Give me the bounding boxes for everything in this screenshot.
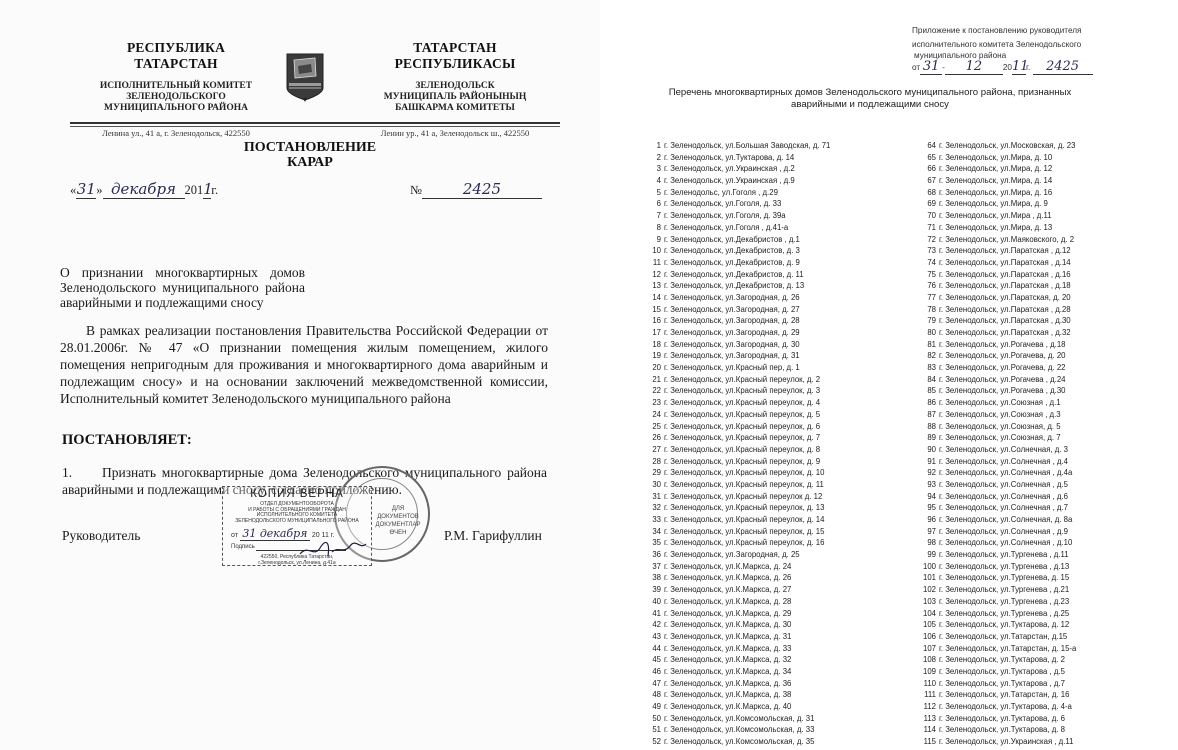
list-item: 108г. Зеленодольск, ул.Туктарова, д. 2 xyxy=(920,654,1170,666)
list-item: 71г. Зеленодольск, ул.Мира, д. 13 xyxy=(920,222,1170,234)
list-item: 47г. Зеленодольск, ул.К.Маркса, д. 36 xyxy=(645,678,895,690)
item-address: г. Зеленодольск, ул.Союзная , д.3 xyxy=(939,410,1061,419)
list-item: 14г. Зеленодольск, ул.Загородная, д. 26 xyxy=(645,292,895,304)
item-number: 102 xyxy=(920,584,939,596)
item-number: 34 xyxy=(645,526,664,538)
org-name-tt: ЗЕЛЕНОДОЛЬСК МУНИЦИПАЛЬ РАЙОНЫНЫҢ БАШКАР… xyxy=(360,81,550,114)
list-item: 35г. Зеленодольск, ул.Красный переулок, … xyxy=(645,537,895,549)
list-item: 44г. Зеленодольск, ул.К.Маркса, д. 33 xyxy=(645,643,895,655)
item-address: г. Зеленодольск, ул.Мира, д. 13 xyxy=(939,223,1052,232)
item-number: 76 xyxy=(920,280,939,292)
item-address: г. Зеленодольск, ул.Рогачева , д.18 xyxy=(939,340,1066,349)
item-number: 72 xyxy=(920,234,939,246)
item-address: г. Зеленодольск, ул.Декабристов, д. 3 xyxy=(664,246,800,255)
item-address: г. Зеленодольск, ул.Красный переулок, д.… xyxy=(664,515,824,524)
list-item: 31г. Зеленодольск, ул.Красный переулок д… xyxy=(645,491,895,503)
item-number: 109 xyxy=(920,666,939,678)
item-address: г. Зеленодольск, ул.Красный пер, д. 1 xyxy=(664,363,800,372)
item-number: 8 xyxy=(645,222,664,234)
item-address: г. Зеленодольск, ул.К.Маркса, д. 36 xyxy=(664,679,791,688)
item-number: 85 xyxy=(920,385,939,397)
item-address: г. Зеленодольск, ул.Загородная, д. 31 xyxy=(664,351,800,360)
list-item: 46г. Зеленодольск, ул.К.Маркса, д. 34 xyxy=(645,666,895,678)
item-number: 50 xyxy=(645,713,664,725)
item-address: г. Зеленодольск, ул.Загородная, д. 30 xyxy=(664,340,800,349)
item-address: г. Зеленодольск, ул.Тургенева, д. 15 xyxy=(939,573,1069,582)
list-item: 93г. Зеленодольск, ул.Солнечная , д.5 xyxy=(920,479,1170,491)
item-address: г. Зеленодольск, ул.К.Маркса, д. 28 xyxy=(664,597,791,606)
item-number: 25 xyxy=(645,421,664,433)
appendix-page: Приложение к постановлению руководителя … xyxy=(600,0,1178,750)
item-address: г. Зеленодольск, ул.Красный переулок, д.… xyxy=(664,398,820,407)
list-item: 102г. Зеленодольск, ул.Тургенева , д.21 xyxy=(920,584,1170,596)
item-address: г. Зеленодольск, ул.Красный переулок, д.… xyxy=(664,538,824,547)
document-type: ПОСТАНОВЛЕНИЕ КАРАР xyxy=(230,140,390,170)
list-item: 33г. Зеленодольск, ул.Красный переулок, … xyxy=(645,514,895,526)
item-number: 3 xyxy=(645,163,664,175)
item-number: 22 xyxy=(645,385,664,397)
item-number: 31 xyxy=(645,491,664,503)
item-address: г. Зеленодольск, ул.Загородная, д. 29 xyxy=(664,328,800,337)
item-number: 67 xyxy=(920,175,939,187)
item-number: 81 xyxy=(920,339,939,351)
item-number: 75 xyxy=(920,269,939,281)
item-address: г. Зеленодольск, ул.Красный переулок, д.… xyxy=(664,527,824,536)
item-number: 27 xyxy=(645,444,664,456)
item-address: г. Зеленодольск, ул.Туктарова, д. 2 xyxy=(939,655,1065,664)
item-address: г. Зеленодольск, ул.Солнечная, д. 8а xyxy=(939,515,1072,524)
list-item: 107г. Зеленодольск, ул.Татарстан, д. 15-… xyxy=(920,643,1170,655)
appendix-number: 2425 xyxy=(1033,59,1093,75)
item-address: г. Зеленодольск, ул.Туктарова, д. 8 xyxy=(939,725,1065,734)
item-number: 45 xyxy=(645,654,664,666)
list-item: 2г. Зеленодольск, ул.Туктарова, д. 14 xyxy=(645,152,895,164)
item-address: г. Зеленодольск, ул.Красный переулок, д.… xyxy=(664,468,824,477)
item-address: г. Зеленодольск, ул.Украинская , д.2 xyxy=(664,164,795,173)
item-number: 74 xyxy=(920,257,939,269)
item-address: г. Зеленодольск, ул.Паратская , д.18 xyxy=(939,281,1071,290)
list-item: 10г. Зеленодольск, ул.Декабристов, д. 3 xyxy=(645,245,895,257)
list-item: 18г. Зеленодольск, ул.Загородная, д. 30 xyxy=(645,339,895,351)
item-address: г. Зеленодольск, ул.Паратская , д.30 xyxy=(939,316,1071,325)
list-item: 1г. Зеленодольск, ул.Большая Заводская, … xyxy=(645,140,895,152)
item-number: 100 xyxy=(920,561,939,573)
item-number: 87 xyxy=(920,409,939,421)
item-address: г. Зеленодольск, ул.Гоголя , д.41-а xyxy=(664,223,788,232)
item-number: 88 xyxy=(920,421,939,433)
item-number: 111 xyxy=(920,689,939,701)
item-number: 104 xyxy=(920,608,939,620)
decree-number: №2425 xyxy=(410,180,542,199)
item-number: 77 xyxy=(920,292,939,304)
item-address: г. Зеленодольск, ул.Тургенева , д.11 xyxy=(939,550,1069,559)
item-address: г. Зеленодольск, ул.Мира, д. 14 xyxy=(939,176,1052,185)
item-address: г. Зеленодольск, ул.Красный переулок, д.… xyxy=(664,375,820,384)
list-item: 43г. Зеленодольск, ул.К.Маркса, д. 31 xyxy=(645,631,895,643)
list-item: 40г. Зеленодольск, ул.К.Маркса, д. 28 xyxy=(645,596,895,608)
item-number: 101 xyxy=(920,572,939,584)
list-item: 101г. Зеленодольск, ул.Тургенева, д. 15 xyxy=(920,572,1170,584)
item-address: г. Зеленодольск, ул.К.Маркса, д. 31 xyxy=(664,632,791,641)
item-number: 94 xyxy=(920,491,939,503)
list-item: 50г. Зеленодольск, ул.Комсомольская, д. … xyxy=(645,713,895,725)
item-number: 46 xyxy=(645,666,664,678)
item-number: 83 xyxy=(920,362,939,374)
item-address: г. Зеленодольск, ул.Союзная , д.1 xyxy=(939,398,1061,407)
list-item: 26г. Зеленодольск, ул.Красный переулок, … xyxy=(645,432,895,444)
list-item: 87г. Зеленодольск, ул.Союзная , д.3 xyxy=(920,409,1170,421)
list-item: 77г. Зеленодольск, ул.Паратская, д. 20 xyxy=(920,292,1170,304)
list-item: 4г. Зеленодольск, ул.Украинская , д.9 xyxy=(645,175,895,187)
item-address: г. Зеленодольск, ул.К.Маркса, д. 40 xyxy=(664,702,791,711)
item-address: г. Зеленодольск, ул.К.Маркса, д. 30 xyxy=(664,620,791,629)
preamble-paragraph: В рамках реализации постановления Правит… xyxy=(60,322,548,407)
item-number: 44 xyxy=(645,643,664,655)
list-item: 3г. Зеленодольск, ул.Украинская , д.2 xyxy=(645,163,895,175)
item-address: г. Зеленодольск, ул.Красный переулок, д.… xyxy=(664,410,820,419)
item-number: 39 xyxy=(645,584,664,596)
item-number: 36 xyxy=(645,549,664,561)
list-title: Перечень многоквартирных домов Зеленодол… xyxy=(660,87,1080,111)
item-number: 86 xyxy=(920,397,939,409)
item-address: г. Зеленодольск, ул.Мира , д.11 xyxy=(939,211,1052,220)
item-number: 82 xyxy=(920,350,939,362)
list-item: 6г. Зеленодольск, ул.Гоголя, д. 33 xyxy=(645,198,895,210)
item-address: г. Зеленодольск, ул.Паратская , д.32 xyxy=(939,328,1071,337)
item-address: г. Зеленодольск, ул.Красный переулок, д.… xyxy=(664,503,824,512)
item-number: 48 xyxy=(645,689,664,701)
item-number: 12 xyxy=(645,269,664,281)
list-item: 32г. Зеленодольск, ул.Красный переулок, … xyxy=(645,502,895,514)
item-address: г. Зеленодольск, ул.Туктарова , д.5 xyxy=(939,667,1065,676)
list-item: 70г. Зеленодольск, ул.Мира , д.11 xyxy=(920,210,1170,222)
list-item: 13г. Зеленодольск, ул.Декабристов, д. 13 xyxy=(645,280,895,292)
item-number: 105 xyxy=(920,619,939,631)
list-item: 64г. Зеленодольск, ул.Московская, д. 23 xyxy=(920,140,1170,152)
item-number: 68 xyxy=(920,187,939,199)
list-item: 84г. Зеленодольск, ул.Рогачева , д.24 xyxy=(920,374,1170,386)
item-address: г. Зеленодольск, ул.Красный переулок, д.… xyxy=(664,480,824,489)
item-number: 98 xyxy=(920,537,939,549)
item-number: 21 xyxy=(645,374,664,386)
item-address: г. Зеленодольск, ул.Рогачева , д.24 xyxy=(939,375,1066,384)
item-number: 5 xyxy=(645,187,664,199)
list-item: 8г. Зеленодольск, ул.Гоголя , д.41-а xyxy=(645,222,895,234)
item-number: 16 xyxy=(645,315,664,327)
list-item: 68г. Зеленодольск, ул.Мира, д. 16 xyxy=(920,187,1170,199)
item-number: 23 xyxy=(645,397,664,409)
item-number: 71 xyxy=(920,222,939,234)
item-number: 103 xyxy=(920,596,939,608)
item-address: г. Зеленодольск, ул.Туктарова, д. 14 xyxy=(664,153,794,162)
decree-subject: О признании многоквартирных домов Зелено… xyxy=(60,265,305,310)
list-item: 16г. Зеленодольск, ул.Загородная, д. 28 xyxy=(645,315,895,327)
item-number: 84 xyxy=(920,374,939,386)
list-item: 9г. Зеленодольск, ул.Декабристов , д.1 xyxy=(645,234,895,246)
list-item: 95г. Зеленодольск, ул.Солнечная , д.7 xyxy=(920,502,1170,514)
list-item: 103г. Зеленодольск, ул.Тургенева , д.23 xyxy=(920,596,1170,608)
list-item: 38г. Зеленодольск, ул.К.Маркса, д. 26 xyxy=(645,572,895,584)
signer-name: Р.М. Гарифуллин xyxy=(444,528,542,544)
item-number: 14 xyxy=(645,292,664,304)
list-item: 41г. Зеленодольск, ул.К.Маркса, д. 29 xyxy=(645,608,895,620)
decree-date: «31»декабря2011г. xyxy=(70,180,218,199)
list-item: 45г. Зеленодольск, ул.К.Маркса, д. 32 xyxy=(645,654,895,666)
list-item: 21г. Зеленодольск, ул.Красный переулок, … xyxy=(645,374,895,386)
item-number: 37 xyxy=(645,561,664,573)
list-item: 86г. Зеленодольск, ул.Союзная , д.1 xyxy=(920,397,1170,409)
item-number: 6 xyxy=(645,198,664,210)
item-number: 66 xyxy=(920,163,939,175)
list-item: 20г. Зеленодольск, ул.Красный пер, д. 1 xyxy=(645,362,895,374)
item-address: г. Зеленодольск, ул.Союзная, д. 7 xyxy=(939,433,1061,442)
item-number: 7 xyxy=(645,210,664,222)
address-tt: Ленин ур., 41 а, Зеленодольск ш., 422550 xyxy=(360,128,550,138)
list-item: 76г. Зеленодольск, ул.Паратская , д.18 xyxy=(920,280,1170,292)
decree-number-value: 2425 xyxy=(422,180,542,199)
list-item: 80г. Зеленодольск, ул.Паратская , д.32 xyxy=(920,327,1170,339)
coat-of-arms-icon xyxy=(285,52,325,102)
item-address: г. Зеленодольск, ул.Солнечная , д.6 xyxy=(939,492,1068,501)
item-address: г. Зеленодольск, ул.Загородная, д. 25 xyxy=(664,550,800,559)
item-number: 43 xyxy=(645,631,664,643)
item-address: г. Зеленодольск, ул.Паратская , д.14 xyxy=(939,258,1071,267)
list-item: 82г. Зеленодольск, ул.Рогачева, д. 20 xyxy=(920,350,1170,362)
item-address: г. Зеленодольск, ул.Солнечная , д.7 xyxy=(939,503,1068,512)
item-number: 35 xyxy=(645,537,664,549)
item-address: г. Зеленодольск, ул.Рогачева , д.30 xyxy=(939,386,1066,395)
list-item: 15г. Зеленодольск, ул.Загородная, д. 27 xyxy=(645,304,895,316)
list-item: 19г. Зеленодольск, ул.Загородная, д. 31 xyxy=(645,350,895,362)
list-item: 110г. Зеленодольск, ул.Туктарова , д.7 xyxy=(920,678,1170,690)
item-address: г. Зеленодольск, ул.Туктарова, д. 12 xyxy=(939,620,1069,629)
list-item: 112г. Зеленодольск, ул.Туктарова, д. 4-а xyxy=(920,701,1170,713)
item-number: 47 xyxy=(645,678,664,690)
item-number: 42 xyxy=(645,619,664,631)
list-item: 114г. Зеленодольск, ул.Туктарова, д. 8 xyxy=(920,724,1170,736)
item-address: г. Зеленодольск, ул.Гоголя, д. 33 xyxy=(664,199,781,208)
list-item: 30г. Зеленодольск, ул.Красный переулок, … xyxy=(645,479,895,491)
item-number: 107 xyxy=(920,643,939,655)
item-number: 90 xyxy=(920,444,939,456)
item-number: 108 xyxy=(920,654,939,666)
date-day: 31 xyxy=(76,180,96,199)
list-item: 11г. Зеленодольск, ул.Декабристов, д. 9 xyxy=(645,257,895,269)
item-address: г. Зеленодольск, ул.Декабристов , д.1 xyxy=(664,235,800,244)
list-item: 28г. Зеленодольск, ул.Красный переулок, … xyxy=(645,456,895,468)
org-name-ru: ИСПОЛНИТЕЛЬНЫЙ КОМИТЕТ ЗЕЛЕНОДОЛЬСКОГО М… xyxy=(86,81,266,114)
list-item: 115г. Зеленодольск, ул.Украинская , д.11 xyxy=(920,736,1170,748)
appendix-note: Приложение к постановлению руководителя … xyxy=(912,24,1102,61)
item-address: г. Зеленодольск, ул.Декабристов, д. 9 xyxy=(664,258,800,267)
item-number: 52 xyxy=(645,736,664,748)
address-ru: Ленина ул., 41 а, г. Зеленодольск, 42255… xyxy=(86,128,266,138)
header-divider-thin xyxy=(70,126,560,127)
list-item: 17г. Зеленодольск, ул.Загородная, д. 29 xyxy=(645,327,895,339)
item-number: 32 xyxy=(645,502,664,514)
item-number: 19 xyxy=(645,350,664,362)
item-address: г. Зеленодольск, ул.Паратская , д.16 xyxy=(939,270,1071,279)
item-address: г. Зеленодольск, ул.Татарстан, д. 15-а xyxy=(939,644,1076,653)
list-item: 49г. Зеленодольск, ул.К.Маркса, д. 40 xyxy=(645,701,895,713)
item-number: 112 xyxy=(920,701,939,713)
item-number: 110 xyxy=(920,678,939,690)
list-item: 23г. Зеленодольск, ул.Красный переулок, … xyxy=(645,397,895,409)
item-number: 15 xyxy=(645,304,664,316)
item-number: 9 xyxy=(645,234,664,246)
item-address: г. Зеленодольск, ул.Комсомольская, д. 35 xyxy=(664,737,814,746)
item-address: г. Зеленодольск, ул.Татарстан, д.15 xyxy=(939,632,1067,641)
date-month: декабря xyxy=(103,180,185,199)
list-item: 75г. Зеленодольск, ул.Паратская , д.16 xyxy=(920,269,1170,281)
list-item: 81г. Зеленодольск, ул.Рогачева , д.18 xyxy=(920,339,1170,351)
item-number: 33 xyxy=(645,514,664,526)
item-number: 99 xyxy=(920,549,939,561)
list-item: 85г. Зеленодольск, ул.Рогачева , д.30 xyxy=(920,385,1170,397)
item-number: 41 xyxy=(645,608,664,620)
republic-title-ru: РЕСПУБЛИКА ТАТАРСТАН xyxy=(86,40,266,72)
list-item: 104г. Зеленодольск, ул.Тургенева , д.25 xyxy=(920,608,1170,620)
list-item: 97г. Зеленодольск, ул.Солнечная , д.9 xyxy=(920,526,1170,538)
list-item: 73г. Зеленодольск, ул.Паратская , д.12 xyxy=(920,245,1170,257)
item-address: г. Зеленодольск, ул.Красный переулок, д.… xyxy=(664,445,820,454)
item-address: г. Зеленодольск, ул.Туктарова , д.7 xyxy=(939,679,1065,688)
item-number: 51 xyxy=(645,724,664,736)
seal-text: ДЛЯ ДОКУМЕНТОВ ДОКУМЕНТЛАР ӨЧЕН xyxy=(373,505,423,537)
item-number: 64 xyxy=(920,140,939,152)
item-address: г. Зеленодольск, ул.Декабристов, д. 13 xyxy=(664,281,804,290)
item-address: г. Зеленодольск, ул.Большая Заводская, д… xyxy=(664,141,830,150)
item-number: 49 xyxy=(645,701,664,713)
item-address: г. Зеленодольск, ул.Туктарова, д. 6 xyxy=(939,714,1065,723)
item-address: г. Зеленодольск, ул.К.Маркса, д. 26 xyxy=(664,573,791,582)
item-address: г. Зеленодольск, ул.Красный переулок, д.… xyxy=(664,457,820,466)
header-divider xyxy=(70,122,560,124)
list-item: 67г. Зеленодольск, ул.Мира, д. 14 xyxy=(920,175,1170,187)
item-number: 78 xyxy=(920,304,939,316)
item-address: г. Зеленодольск, ул.К.Маркса, д. 32 xyxy=(664,655,791,664)
list-item: 89г. Зеленодольск, ул.Союзная, д. 7 xyxy=(920,432,1170,444)
item-number: 106 xyxy=(920,631,939,643)
item-number: 40 xyxy=(645,596,664,608)
list-item: 52г. Зеленодольск, ул.Комсомольская, д. … xyxy=(645,736,895,748)
item-address: г. Зеленодольск, ул.Татарстан, д. 16 xyxy=(939,690,1069,699)
item-address: г. Зеленодольск, ул.Солнечная , д.5 xyxy=(939,480,1068,489)
item-number: 11 xyxy=(645,257,664,269)
item-number: 20 xyxy=(645,362,664,374)
list-item: 36г. Зеленодольск, ул.Загородная, д. 25 xyxy=(645,549,895,561)
item-number: 1 xyxy=(645,140,664,152)
list-item: 39г. Зеленодольск, ул.К.Маркса, д. 27 xyxy=(645,584,895,596)
list-item: 12г. Зеленодольск, ул.Декабристов, д. 11 xyxy=(645,269,895,281)
item-address: г. Зеленодольск, ул.Паратская , д.28 xyxy=(939,305,1071,314)
item-address: г. Зеленодольск, ул.Тургенева , д.13 xyxy=(939,562,1069,571)
list-item: 83г. Зеленодольск, ул.Рогачева, д. 22 xyxy=(920,362,1170,374)
item-address: г. Зеленодольск, ул.Солнечная , д.10 xyxy=(939,538,1072,547)
item-address: г. Зеленодольск, ул.Красный переулок, д.… xyxy=(664,386,820,395)
list-item: 34г. Зеленодольск, ул.Красный переулок, … xyxy=(645,526,895,538)
item-address: г. Зеленодольск, ул.К.Маркса, д. 29 xyxy=(664,609,791,618)
list-item: 90г. Зеленодольск, ул.Солнечная, д. 3 xyxy=(920,444,1170,456)
list-item: 29г. Зеленодольск, ул.Красный переулок, … xyxy=(645,467,895,479)
item-address: г. Зеленодольск, ул.Комсомольская, д. 31 xyxy=(664,714,814,723)
list-item: 100г. Зеленодольск, ул.Тургенева , д.13 xyxy=(920,561,1170,573)
list-item: 94г. Зеленодольск, ул.Солнечная , д.6 xyxy=(920,491,1170,503)
signature-icon xyxy=(298,540,368,560)
item-address: г. Зеленодольск, ул.Московская, д. 23 xyxy=(939,141,1075,150)
list-item: 88г. Зеленодольск, ул.Союзная, д. 5 xyxy=(920,421,1170,433)
item-address: г. Зеленодольск, ул.Красный переулок, д.… xyxy=(664,433,820,442)
decrees-heading: ПОСТАНОВЛЯЕТ: xyxy=(62,432,192,449)
item-number: 65 xyxy=(920,152,939,164)
item-number: 28 xyxy=(645,456,664,468)
list-item: 78г. Зеленодольск, ул.Паратская , д.28 xyxy=(920,304,1170,316)
list-item: 48г. Зеленодольск, ул.К.Маркса, д. 38 xyxy=(645,689,895,701)
item-address: г. Зеленодольск, ул.Декабристов, д. 11 xyxy=(664,270,804,279)
list-item: 69г. Зеленодольск, ул.Мира, д. 9 xyxy=(920,198,1170,210)
list-item: 91г. Зеленодольск, ул.Солнечная , д.4 xyxy=(920,456,1170,468)
item-number: 95 xyxy=(920,502,939,514)
item-address: г. Зеленодольск, ул.Комсомольская, д. 33 xyxy=(664,725,814,734)
item-address: г. Зеленодольск, ул.Рогачева, д. 20 xyxy=(939,351,1066,360)
item-number: 114 xyxy=(920,724,939,736)
list-item: 24г. Зеленодольск, ул.Красный переулок, … xyxy=(645,409,895,421)
list-item: 51г. Зеленодольск, ул.Комсомольская, д. … xyxy=(645,724,895,736)
item-number: 73 xyxy=(920,245,939,257)
list-item: 113г. Зеленодольск, ул.Туктарова, д. 6 xyxy=(920,713,1170,725)
item-number: 79 xyxy=(920,315,939,327)
item-number: 92 xyxy=(920,467,939,479)
item-address: г. Зеленодольск, ул.Солнечная , д.9 xyxy=(939,527,1068,536)
appendix-date: от31-122011г. 2425 xyxy=(912,59,1093,75)
item-address: г. Зеленодольск, ул.Туктарова, д. 4-а xyxy=(939,702,1072,711)
item-address: г. Зеленодольск, ул.Солнечная, д. 3 xyxy=(939,445,1068,454)
item-address: г. Зеленодольск, ул.К.Маркса, д. 38 xyxy=(664,690,791,699)
item-number: 69 xyxy=(920,198,939,210)
address-list-right: 64г. Зеленодольск, ул.Московская, д. 236… xyxy=(920,140,1170,748)
list-item: 66г. Зеленодольск, ул.Мира, д. 12 xyxy=(920,163,1170,175)
item-address: г. Зеленодольск, ул.Маяковского, д. 2 xyxy=(939,235,1074,244)
list-item: 98г. Зеленодольск, ул.Солнечная , д.10 xyxy=(920,537,1170,549)
item-address: г. Зеленодольск, ул.Тургенева , д.25 xyxy=(939,609,1069,618)
item-number: 91 xyxy=(920,456,939,468)
item-number: 89 xyxy=(920,432,939,444)
item-number: 97 xyxy=(920,526,939,538)
item-address: г. Зеленодольск, ул.Тургенева , д.21 xyxy=(939,585,1069,594)
item-number: 70 xyxy=(920,210,939,222)
list-item: 25г. Зеленодольск, ул.Красный переулок, … xyxy=(645,421,895,433)
item-number: 30 xyxy=(645,479,664,491)
item-number: 24 xyxy=(645,409,664,421)
item-address: г. Зеленодольск, ул.Красный переулок, д.… xyxy=(664,422,820,431)
item-address: г. Зеленодольск, ул.Рогачева, д. 22 xyxy=(939,363,1066,372)
list-item: 22г. Зеленодольск, ул.Красный переулок, … xyxy=(645,385,895,397)
list-item: 65г. Зеленодольск, ул.Мира, д. 10 xyxy=(920,152,1170,164)
address-list-left: 1г. Зеленодольск, ул.Большая Заводская, … xyxy=(645,140,895,748)
item-address: г. Зеленодольск, ул.Мира, д. 12 xyxy=(939,164,1052,173)
list-item: 37г. Зеленодольск, ул.К.Маркса, д. 24 xyxy=(645,561,895,573)
item-address: г. Зеленодольск, ул.К.Маркса, д. 27 xyxy=(664,585,791,594)
item-address: г. Зеленодольск, ул.Украинская , д.9 xyxy=(664,176,795,185)
list-item: 105г. Зеленодольск, ул.Туктарова, д. 12 xyxy=(920,619,1170,631)
list-item: 7г. Зеленодольск, ул.Гоголя, д. 39а xyxy=(645,210,895,222)
item-address: г. Зеленодольск, ул.Тургенева , д.23 xyxy=(939,597,1069,606)
list-item: 99г. Зеленодольск, ул.Тургенева , д.11 xyxy=(920,549,1170,561)
item-address: г. Зеленодольск, ул.К.Маркса, д. 33 xyxy=(664,644,791,653)
list-item: 79г. Зеленодольск, ул.Паратская , д.30 xyxy=(920,315,1170,327)
item-address: г. Зеленодольск, ул.Красный переулок д. … xyxy=(664,492,822,501)
item-number: 113 xyxy=(920,713,939,725)
